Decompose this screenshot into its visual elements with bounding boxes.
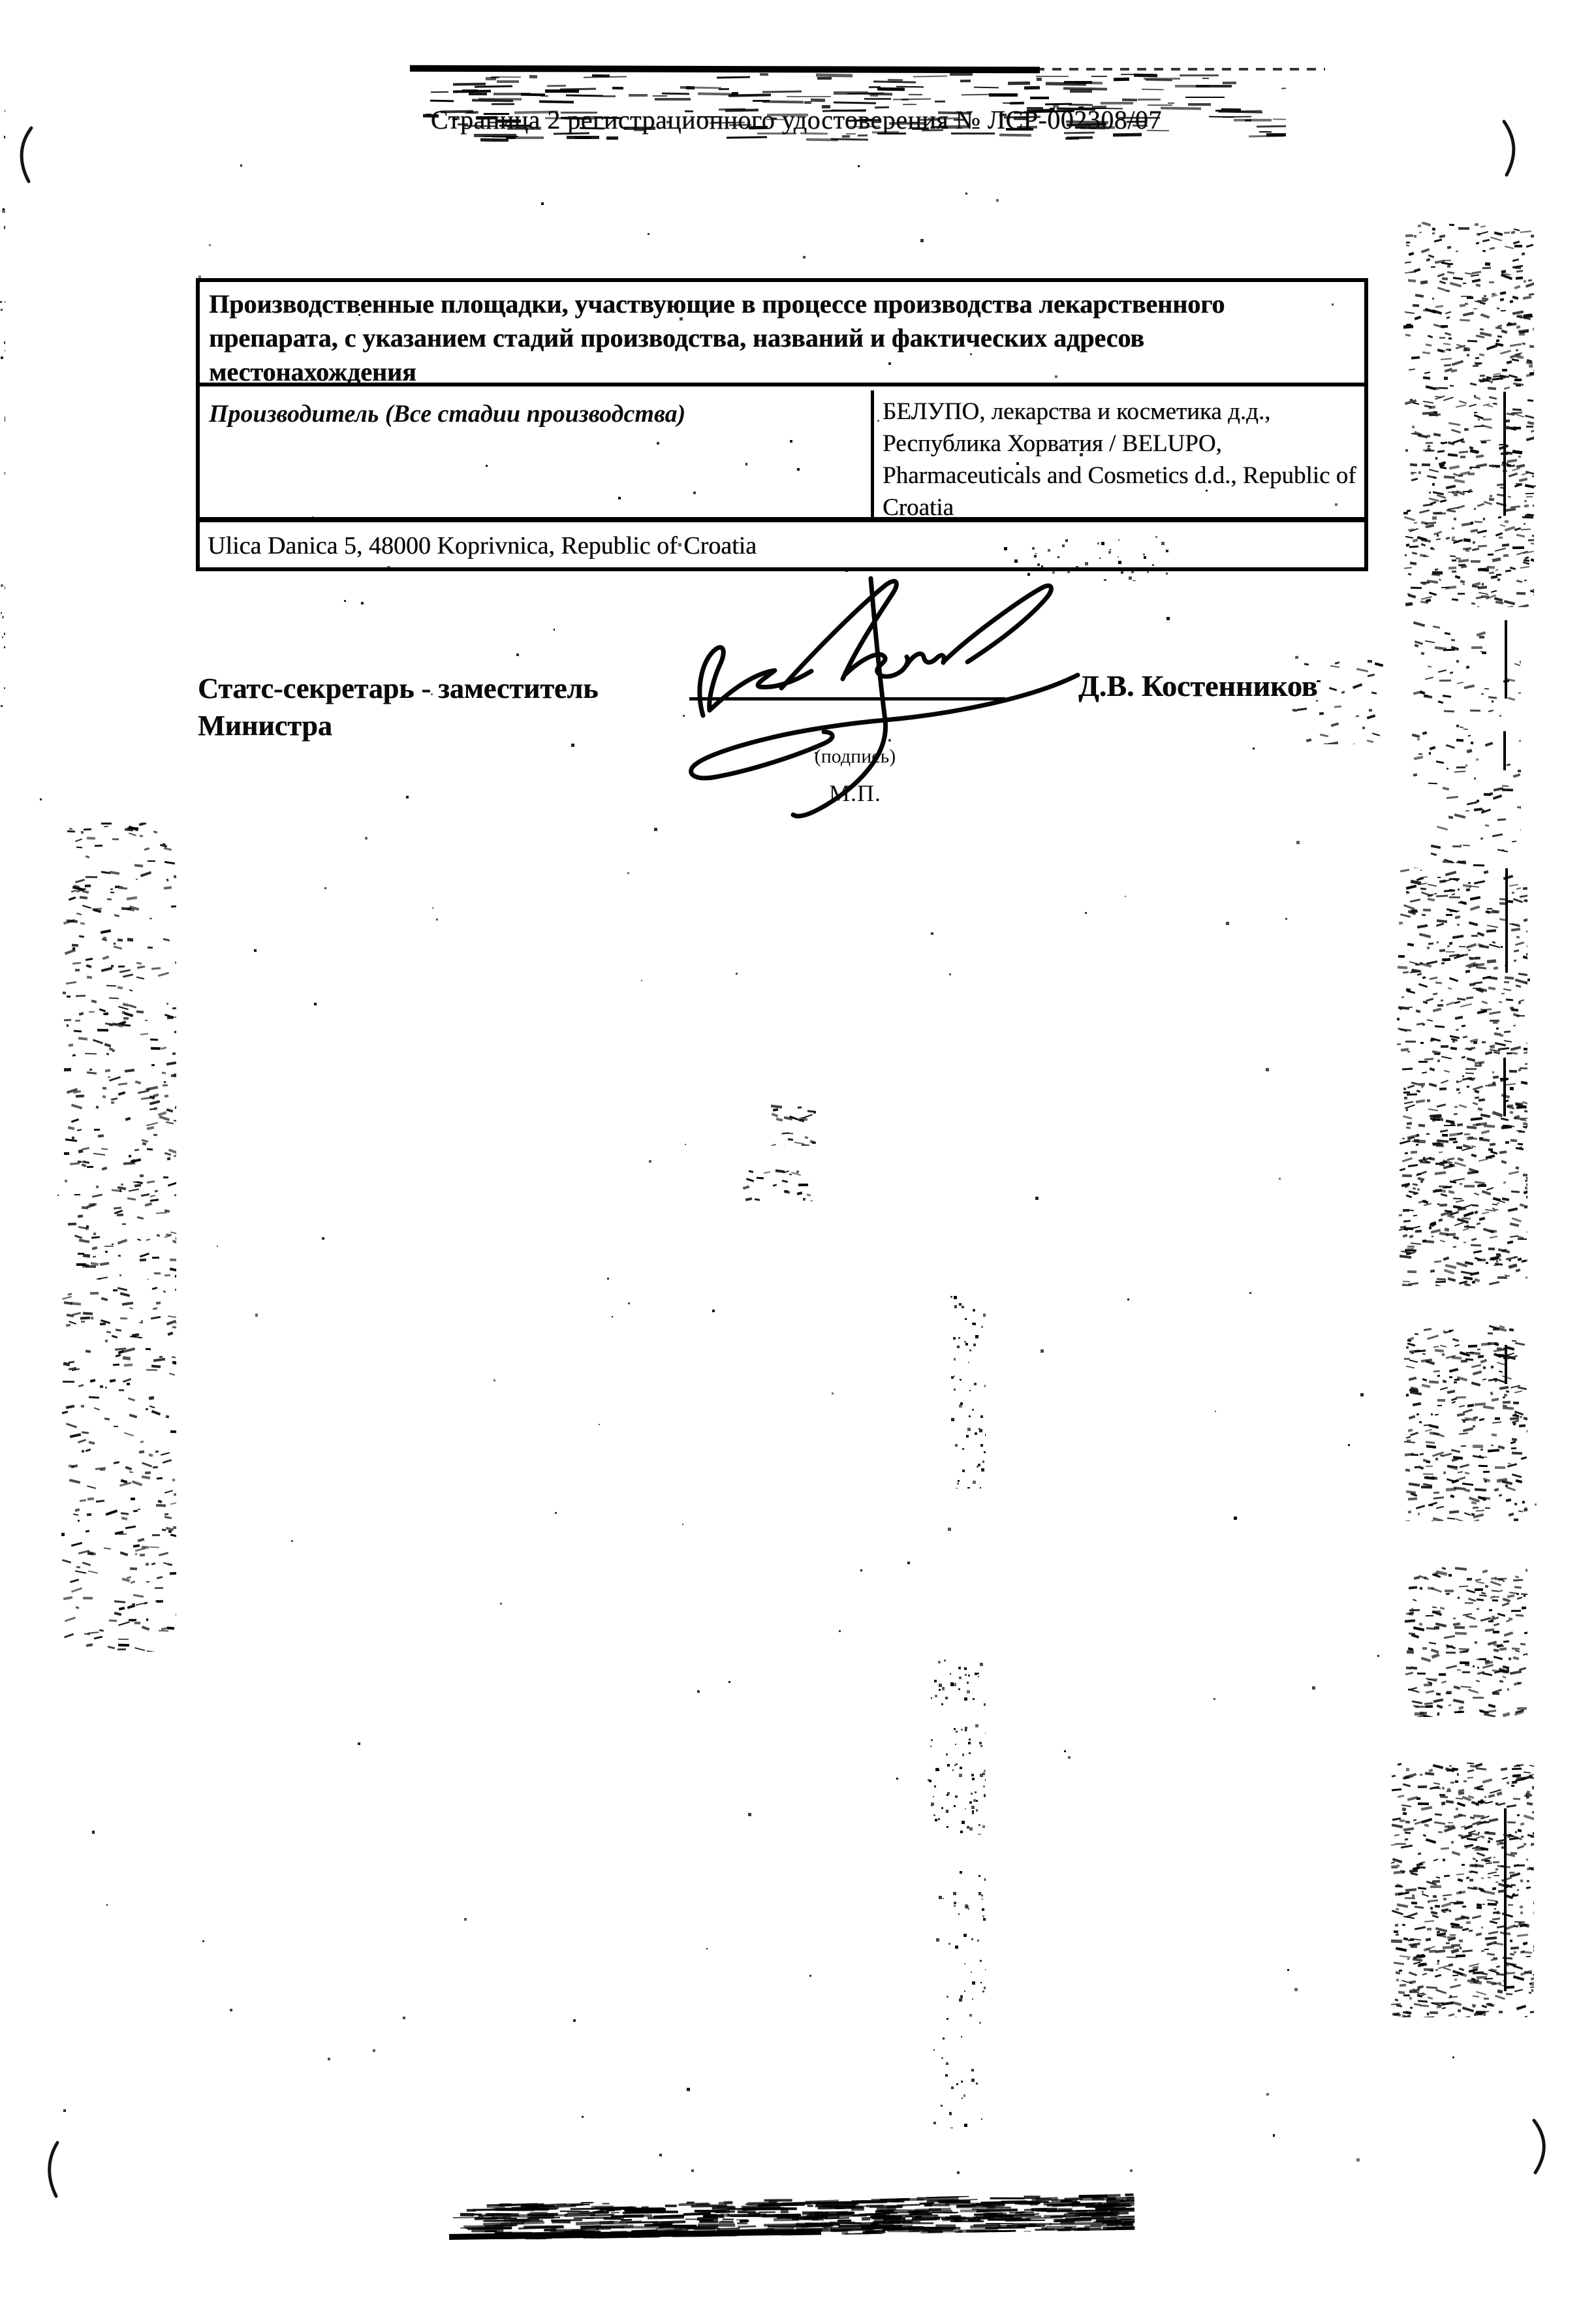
scan-smudge-bar-thin bbox=[1018, 68, 1325, 71]
scanned-document-page: { "document": { "page_header": "Страница… bbox=[0, 0, 1596, 2298]
scan-smudge-bar bbox=[410, 65, 1040, 74]
page-curl-mark-top-left bbox=[12, 125, 38, 184]
scan-noise-page-scatter bbox=[39, 163, 1541, 2187]
page-header: Страница 2 регистрационного удостоверени… bbox=[395, 104, 1198, 136]
scan-noise-left-edge bbox=[0, 98, 5, 718]
